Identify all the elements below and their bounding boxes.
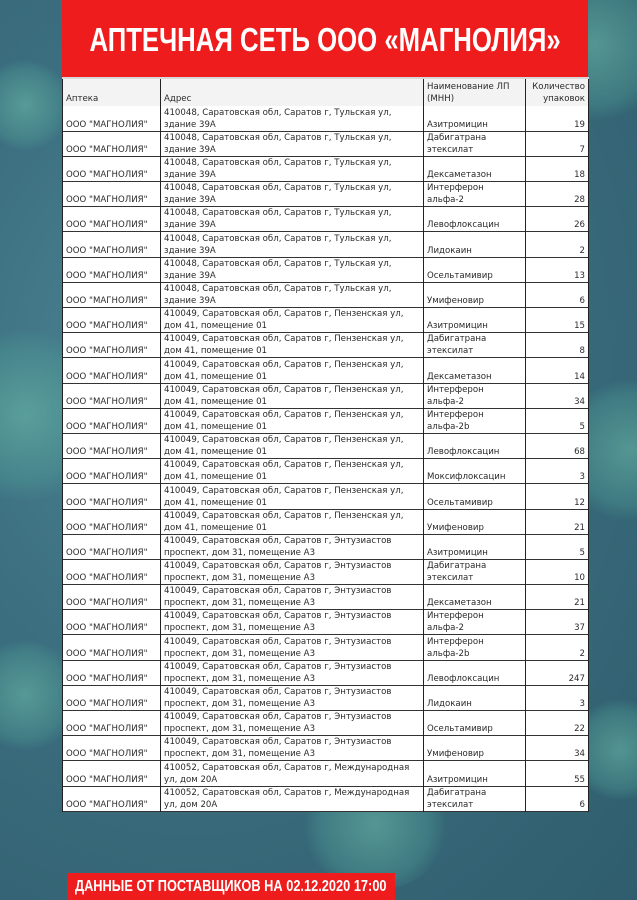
cell-address: 410048, Саратовская обл, Саратов г, Туль… (161, 207, 424, 232)
cell-quantity: 2 (526, 635, 589, 660)
cell-drug: Умифеновир (424, 282, 526, 307)
table-row: ООО "МАГНОЛИЯ"410052, Саратовская обл, С… (63, 761, 589, 786)
cell-address: 410049, Саратовская обл, Саратов г, Энту… (161, 660, 424, 685)
cell-pharmacy: ООО "МАГНОЛИЯ" (63, 408, 161, 433)
table-row: ООО "МАГНОЛИЯ"410048, Саратовская обл, С… (63, 232, 589, 257)
cell-drug: Интерферон альфа-2b (424, 635, 526, 660)
table-row: ООО "МАГНОЛИЯ"410049, Саратовская обл, С… (63, 660, 589, 685)
cell-pharmacy: ООО "МАГНОЛИЯ" (63, 761, 161, 786)
cell-pharmacy: ООО "МАГНОЛИЯ" (63, 534, 161, 559)
table-row: ООО "МАГНОЛИЯ"410049, Саратовская обл, С… (63, 534, 589, 559)
cell-address: 410052, Саратовская обл, Саратов г, Межд… (161, 761, 424, 786)
table-row: ООО "МАГНОЛИЯ"410049, Саратовская обл, С… (63, 585, 589, 610)
cell-drug: Умифеновир (424, 509, 526, 534)
cell-address: 410049, Саратовская обл, Саратов г, Пенз… (161, 333, 424, 358)
table-row: ООО "МАГНОЛИЯ"410049, Саратовская обл, С… (63, 685, 589, 710)
cell-address: 410048, Саратовская обл, Саратов г, Туль… (161, 282, 424, 307)
cell-quantity: 22 (526, 711, 589, 736)
cell-quantity: 10 (526, 559, 589, 584)
cell-quantity: 3 (526, 459, 589, 484)
cell-drug: Моксифлоксацин (424, 459, 526, 484)
table-row: ООО "МАГНОЛИЯ"410049, Саратовская обл, С… (63, 736, 589, 761)
cell-quantity: 34 (526, 383, 589, 408)
cell-pharmacy: ООО "МАГНОЛИЯ" (63, 182, 161, 207)
cell-address: 410049, Саратовская обл, Саратов г, Энту… (161, 685, 424, 710)
table-row: ООО "МАГНОЛИЯ"410048, Саратовская обл, С… (63, 131, 589, 156)
table-row: ООО "МАГНОЛИЯ"410049, Саратовская обл, С… (63, 711, 589, 736)
cell-address: 410049, Саратовская обл, Саратов г, Энту… (161, 610, 424, 635)
cell-address: 410049, Саратовская обл, Саратов г, Энту… (161, 559, 424, 584)
cell-drug: Азитромицин (424, 534, 526, 559)
table-row: ООО "МАГНОЛИЯ"410049, Саратовская обл, С… (63, 459, 589, 484)
cell-address: 410049, Саратовская обл, Саратов г, Энту… (161, 585, 424, 610)
cell-drug: Дексаметазон (424, 358, 526, 383)
data-timestamp: ДАННЫЕ ОТ ПОСТАВЩИКОВ НА 02.12.2020 17:0… (75, 878, 387, 896)
cell-drug: Лидокаин (424, 232, 526, 257)
cell-drug: Лидокаин (424, 685, 526, 710)
cell-quantity: 7 (526, 131, 589, 156)
cell-drug: Осельтамивир (424, 711, 526, 736)
table-row: ООО "МАГНОЛИЯ"410049, Саратовская обл, С… (63, 358, 589, 383)
table-row: ООО "МАГНОЛИЯ"410049, Саратовская обл, С… (63, 484, 589, 509)
cell-pharmacy: ООО "МАГНОЛИЯ" (63, 509, 161, 534)
cell-drug: Левофлоксацин (424, 660, 526, 685)
cell-pharmacy: ООО "МАГНОЛИЯ" (63, 383, 161, 408)
cell-drug: Дабигатрана этексилат (424, 131, 526, 156)
cell-address: 410049, Саратовская обл, Саратов г, Пенз… (161, 408, 424, 433)
cell-drug: Интерферон альфа-2 (424, 383, 526, 408)
cell-address: 410049, Саратовская обл, Саратов г, Энту… (161, 534, 424, 559)
cell-address: 410049, Саратовская обл, Саратов г, Пенз… (161, 433, 424, 458)
cell-drug: Интерферон альфа-2 (424, 182, 526, 207)
cell-address: 410049, Саратовская обл, Саратов г, Пенз… (161, 509, 424, 534)
cell-address: 410048, Саратовская обл, Саратов г, Туль… (161, 156, 424, 181)
cell-pharmacy: ООО "МАГНОЛИЯ" (63, 106, 161, 131)
cell-quantity: 26 (526, 207, 589, 232)
cell-pharmacy: ООО "МАГНОЛИЯ" (63, 585, 161, 610)
table-row: ООО "МАГНОЛИЯ"410048, Саратовская обл, С… (63, 156, 589, 181)
cell-drug: Азитромицин (424, 761, 526, 786)
column-header-pharmacy: Аптека (63, 78, 161, 106)
cell-quantity: 12 (526, 484, 589, 509)
column-header-drug: Наименование ЛП (МНН) (424, 78, 526, 106)
cell-address: 410048, Саратовская обл, Саратов г, Туль… (161, 131, 424, 156)
table-row: ООО "МАГНОЛИЯ"410049, Саратовская обл, С… (63, 559, 589, 584)
table-row: ООО "МАГНОЛИЯ"410048, Саратовская обл, С… (63, 106, 589, 131)
table-row: ООО "МАГНОЛИЯ"410049, Саратовская обл, С… (63, 509, 589, 534)
cell-address: 410049, Саратовская обл, Саратов г, Пенз… (161, 484, 424, 509)
cell-address: 410049, Саратовская обл, Саратов г, Пенз… (161, 308, 424, 333)
cell-quantity: 2 (526, 232, 589, 257)
table-row: ООО "МАГНОЛИЯ"410049, Саратовская обл, С… (63, 635, 589, 660)
table-row: ООО "МАГНОЛИЯ"410049, Саратовская обл, С… (63, 433, 589, 458)
cell-address: 410049, Саратовская обл, Саратов г, Пенз… (161, 459, 424, 484)
cell-pharmacy: ООО "МАГНОЛИЯ" (63, 333, 161, 358)
stock-table: Аптека Адрес Наименование ЛП (МНН) Колич… (62, 77, 589, 812)
cell-quantity: 5 (526, 408, 589, 433)
cell-quantity: 21 (526, 509, 589, 534)
cell-quantity: 28 (526, 182, 589, 207)
table-row: ООО "МАГНОЛИЯ"410049, Саратовская обл, С… (63, 308, 589, 333)
cell-pharmacy: ООО "МАГНОЛИЯ" (63, 156, 161, 181)
cell-quantity: 13 (526, 257, 589, 282)
table-row: ООО "МАГНОЛИЯ"410048, Саратовская обл, С… (63, 182, 589, 207)
cell-pharmacy: ООО "МАГНОЛИЯ" (63, 358, 161, 383)
cell-drug: Осельтамивир (424, 257, 526, 282)
virus-illustration (0, 60, 70, 150)
cell-address: 410048, Саратовская обл, Саратов г, Туль… (161, 257, 424, 282)
cell-address: 410052, Саратовская обл, Саратов г, Межд… (161, 786, 424, 811)
cell-address: 410048, Саратовская обл, Саратов г, Туль… (161, 106, 424, 131)
table-row: ООО "МАГНОЛИЯ"410048, Саратовская обл, С… (63, 282, 589, 307)
table-row: ООО "МАГНОЛИЯ"410048, Саратовская обл, С… (63, 257, 589, 282)
table-header-row: Аптека Адрес Наименование ЛП (МНН) Колич… (63, 78, 589, 106)
cell-pharmacy: ООО "МАГНОЛИЯ" (63, 610, 161, 635)
cell-address: 410049, Саратовская обл, Саратов г, Энту… (161, 711, 424, 736)
cell-address: 410048, Саратовская обл, Саратов г, Туль… (161, 232, 424, 257)
cell-address: 410049, Саратовская обл, Саратов г, Энту… (161, 736, 424, 761)
cell-pharmacy: ООО "МАГНОЛИЯ" (63, 711, 161, 736)
cell-drug: Левофлоксацин (424, 207, 526, 232)
cell-drug: Интерферон альфа-2 (424, 610, 526, 635)
table-row: ООО "МАГНОЛИЯ"410048, Саратовская обл, С… (63, 207, 589, 232)
cell-pharmacy: ООО "МАГНОЛИЯ" (63, 282, 161, 307)
cell-address: 410048, Саратовская обл, Саратов г, Туль… (161, 182, 424, 207)
cell-pharmacy: ООО "МАГНОЛИЯ" (63, 559, 161, 584)
cell-drug: Дексаметазон (424, 156, 526, 181)
cell-pharmacy: ООО "МАГНОЛИЯ" (63, 660, 161, 685)
data-table-container: Аптека Адрес Наименование ЛП (МНН) Колич… (62, 77, 588, 812)
cell-quantity: 37 (526, 610, 589, 635)
cell-address: 410049, Саратовская обл, Саратов г, Пенз… (161, 383, 424, 408)
cell-pharmacy: ООО "МАГНОЛИЯ" (63, 685, 161, 710)
table-row: ООО "МАГНОЛИЯ"410049, Саратовская обл, С… (63, 383, 589, 408)
cell-drug: Осельтамивир (424, 484, 526, 509)
footer-badge: ДАННЫЕ ОТ ПОСТАВЩИКОВ НА 02.12.2020 17:0… (67, 873, 395, 900)
cell-quantity: 6 (526, 786, 589, 811)
cell-address: 410049, Саратовская обл, Саратов г, Энту… (161, 635, 424, 660)
cell-quantity: 6 (526, 282, 589, 307)
table-row: ООО "МАГНОЛИЯ"410049, Саратовская обл, С… (63, 408, 589, 433)
cell-quantity: 34 (526, 736, 589, 761)
cell-pharmacy: ООО "МАГНОЛИЯ" (63, 207, 161, 232)
cell-quantity: 18 (526, 156, 589, 181)
header-banner: АПТЕЧНАЯ СЕТЬ ООО «МАГНОЛИЯ» (62, 0, 588, 77)
cell-pharmacy: ООО "МАГНОЛИЯ" (63, 736, 161, 761)
cell-drug: Умифеновир (424, 736, 526, 761)
cell-pharmacy: ООО "МАГНОЛИЯ" (63, 484, 161, 509)
cell-quantity: 21 (526, 585, 589, 610)
cell-drug: Дексаметазон (424, 585, 526, 610)
table-row: ООО "МАГНОЛИЯ"410052, Саратовская обл, С… (63, 786, 589, 811)
cell-address: 410049, Саратовская обл, Саратов г, Пенз… (161, 358, 424, 383)
cell-quantity: 14 (526, 358, 589, 383)
cell-drug: Азитромицин (424, 308, 526, 333)
cell-pharmacy: ООО "МАГНОЛИЯ" (63, 131, 161, 156)
cell-drug: Азитромицин (424, 106, 526, 131)
column-header-quantity: Количество упаковок (526, 78, 589, 106)
cell-pharmacy: ООО "МАГНОЛИЯ" (63, 257, 161, 282)
cell-drug: Дабигатрана этексилат (424, 559, 526, 584)
cell-quantity: 55 (526, 761, 589, 786)
cell-quantity: 15 (526, 308, 589, 333)
column-header-address: Адрес (161, 78, 424, 106)
cell-quantity: 3 (526, 685, 589, 710)
cell-drug: Дабигатрана этексилат (424, 786, 526, 811)
cell-pharmacy: ООО "МАГНОЛИЯ" (63, 786, 161, 811)
cell-pharmacy: ООО "МАГНОЛИЯ" (63, 459, 161, 484)
cell-quantity: 5 (526, 534, 589, 559)
cell-pharmacy: ООО "МАГНОЛИЯ" (63, 308, 161, 333)
cell-drug: Интерферон альфа-2b (424, 408, 526, 433)
cell-quantity: 247 (526, 660, 589, 685)
cell-pharmacy: ООО "МАГНОЛИЯ" (63, 635, 161, 660)
cell-quantity: 68 (526, 433, 589, 458)
page-title: АПТЕЧНАЯ СЕТЬ ООО «МАГНОЛИЯ» (89, 21, 560, 59)
cell-drug: Дабигатрана этексилат (424, 333, 526, 358)
cell-quantity: 8 (526, 333, 589, 358)
cell-quantity: 19 (526, 106, 589, 131)
cell-drug: Левофлоксацин (424, 433, 526, 458)
table-row: ООО "МАГНОЛИЯ"410049, Саратовская обл, С… (63, 333, 589, 358)
cell-pharmacy: ООО "МАГНОЛИЯ" (63, 433, 161, 458)
cell-pharmacy: ООО "МАГНОЛИЯ" (63, 232, 161, 257)
table-row: ООО "МАГНОЛИЯ"410049, Саратовская обл, С… (63, 610, 589, 635)
